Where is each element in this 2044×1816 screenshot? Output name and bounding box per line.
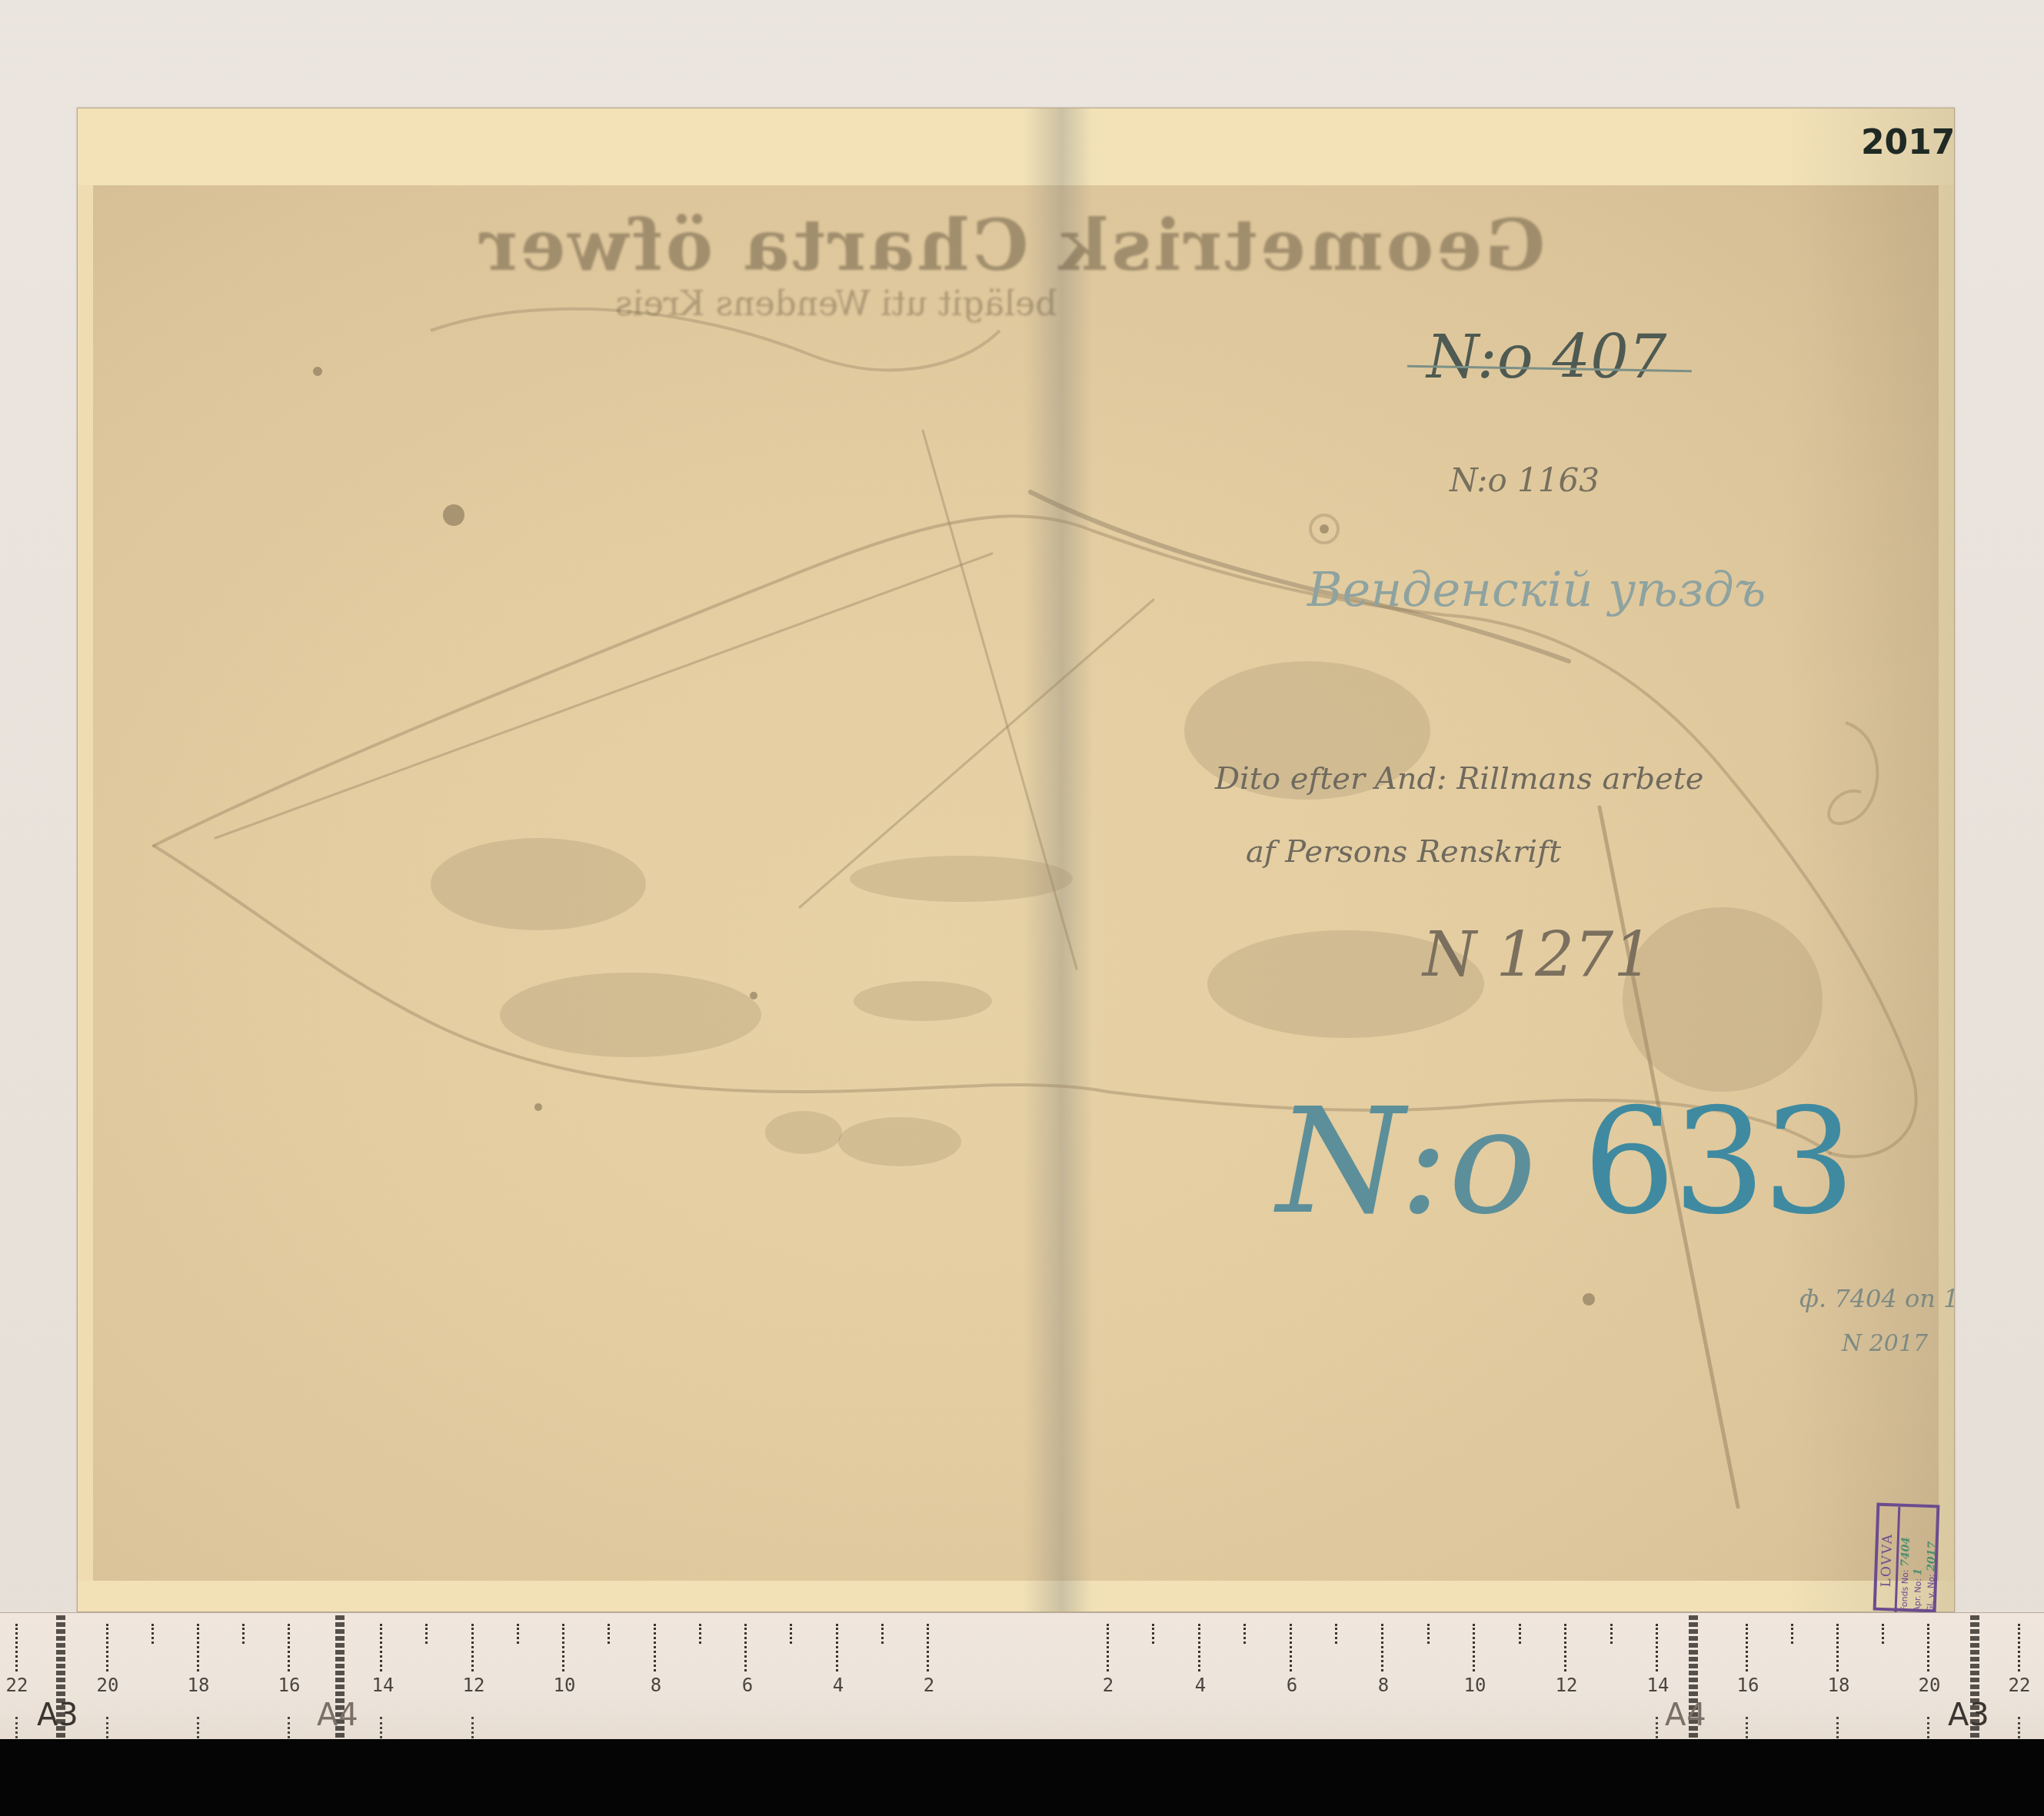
ruler-label: 6 — [724, 1675, 771, 1696]
field-patch-1 — [431, 838, 646, 930]
ruler-label: 20 — [1906, 1675, 1952, 1696]
inventory-number: 2017 — [1861, 123, 1955, 162]
ruler-label: 2 — [906, 1675, 952, 1696]
a3-label-left: A3 — [37, 1698, 79, 1733]
mirrored-cartouche-subtitle: belägit uti Wendens Kreis — [615, 284, 1057, 324]
stamp-apr-value: 1 — [1912, 1568, 1924, 1575]
struck-old-number: N:o 407 — [1426, 323, 1666, 392]
stamp-archive-name: LOVVA — [1876, 1506, 1900, 1615]
ruler-label: 12 — [451, 1675, 497, 1696]
ruler-label: 14 — [360, 1675, 406, 1696]
stamp-glv-value: 2017 — [1925, 1542, 1938, 1572]
ruler-label: 12 — [1543, 1675, 1590, 1696]
ruler-label: 20 — [85, 1675, 131, 1696]
ruler-label: 18 — [175, 1675, 221, 1696]
ruler-label: 2 — [1085, 1675, 1131, 1696]
stamp-glv-row: Gl. v. No: 2017 — [1924, 1542, 1939, 1613]
ruler-label: 16 — [266, 1675, 312, 1696]
number-prefix: N:o — [1277, 1076, 1536, 1246]
mirrored-cartouche-title: Geometrisk Charta öfwer — [477, 204, 1545, 287]
swedish-note-line-2: af Persons Renskrift — [1246, 834, 1561, 870]
road-diagonal — [215, 554, 992, 838]
stamp-apr-row: Apr. No: 1 — [1911, 1568, 1925, 1611]
number-digits: 633 — [1583, 1076, 1853, 1246]
ruler-label: 16 — [1725, 1675, 1771, 1696]
a4-label-right: A4 — [1665, 1698, 1707, 1733]
lake-3 — [765, 1111, 842, 1154]
ruler-label: 6 — [1269, 1675, 1315, 1696]
a3-label-right: A3 — [1948, 1698, 1990, 1733]
ruler-label: 22 — [0, 1675, 40, 1696]
number-1271: N 1271 — [1423, 919, 1653, 990]
ruler-label: 22 — [1996, 1675, 2042, 1696]
ruler-label: 18 — [1816, 1675, 1862, 1696]
archive-stamp: LOVVA Fonds No: 7404 Apr. No: 1 Gl. v. N… — [1873, 1503, 1940, 1613]
number-1163: N:o 1163 — [1450, 461, 1600, 499]
ruler-label: 14 — [1635, 1675, 1681, 1696]
lake-4 — [838, 1117, 961, 1166]
ruler-label: 8 — [1360, 1675, 1406, 1696]
ruler-label: 4 — [1177, 1675, 1223, 1696]
lake-1 — [850, 856, 1073, 902]
district-label: Венденскій уѣздъ — [1307, 561, 1766, 617]
stamp-fonds-value: 7404 — [1899, 1537, 1913, 1568]
blue-pencil-number: N:o 633 — [1277, 1076, 1853, 1246]
scale-ruler: 22 20 18 16 14 12 10 8 6 4 2 2 4 6 8 10 … — [0, 1612, 2044, 1740]
a4-label-left: A4 — [317, 1698, 359, 1733]
swedish-note-line-1: Dito efter And: Rillmans arbete — [1215, 761, 1704, 797]
compass-flourish — [1829, 723, 1877, 823]
field-patch-2 — [500, 973, 761, 1057]
scan-bottom-edge — [0, 1739, 2044, 1816]
ruler-label: 10 — [1452, 1675, 1498, 1696]
lake-2 — [854, 981, 992, 1021]
ruler-label: 4 — [815, 1675, 861, 1696]
archive-ref-line-1: ф. 7404 оп 1 — [1799, 1284, 1959, 1313]
ruler-label: 10 — [541, 1675, 588, 1696]
ruler-label: 8 — [633, 1675, 679, 1696]
archive-ref-line-2: N 2017 — [1842, 1330, 1928, 1357]
